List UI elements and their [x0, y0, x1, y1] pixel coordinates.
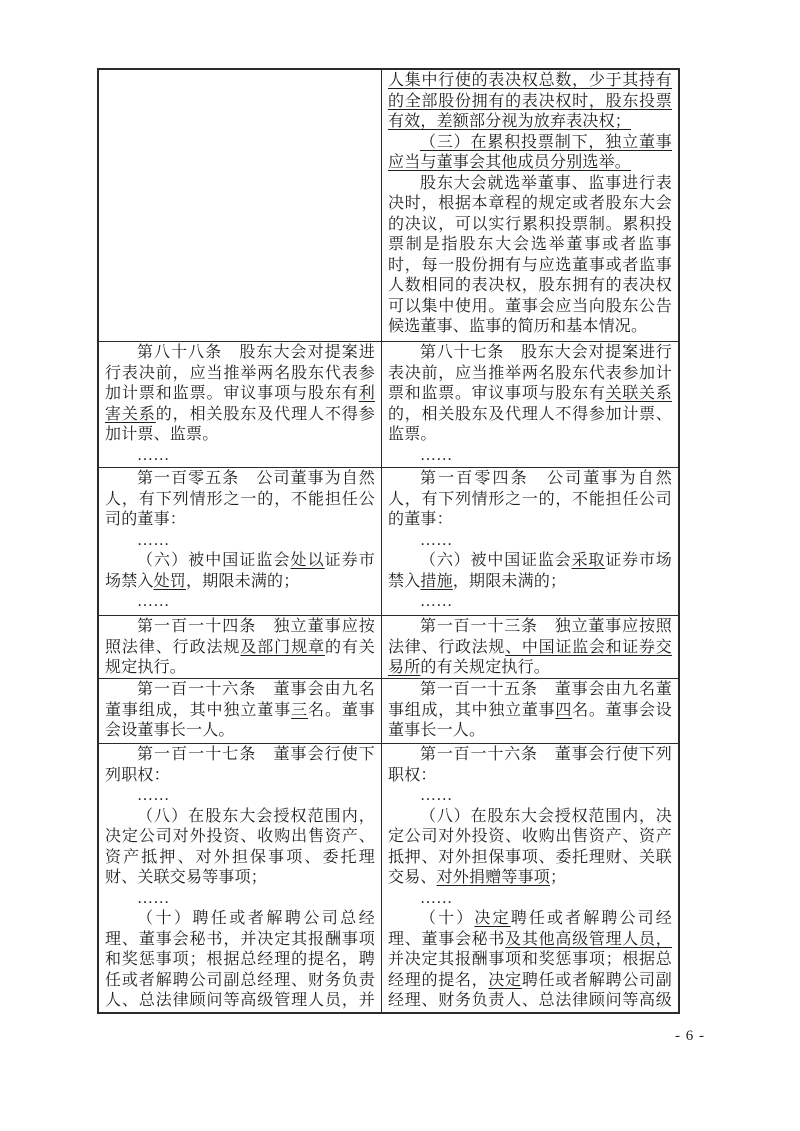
paragraph: …… — [105, 889, 375, 910]
old-version-cell — [99, 70, 382, 341]
old-version-cell: 第八十八条 股东大会对提案进行表决前，应当推举两名股东代表参加计票和监票。审议事… — [99, 342, 382, 467]
paragraph: 第一百零四条 公司董事为自然人，有下列情形之一的，不能担任公司的董事： — [388, 469, 672, 531]
underlined-amendment-text: 人集中行使的表决权总数，少于其持有的全部股份拥有的表决权时，股东投票有效，差额部… — [388, 72, 672, 130]
paragraph: …… — [105, 446, 375, 467]
paragraph: …… — [388, 446, 672, 467]
amended-version-cell: 人集中行使的表决权总数，少于其持有的全部股份拥有的表决权时，股东投票有效，差额部… — [382, 70, 678, 341]
paragraph: （八）在股东大会授权范围内，决定公司对外投资、收购出售资产、资产抵押、对外担保事… — [105, 807, 375, 889]
underlined-amendment-text: 及部门规章 — [240, 639, 325, 656]
paragraph: 第一百一十六条 董事会行使下列职权： — [388, 745, 672, 786]
underlined-amendment-text: 处以 — [291, 552, 325, 569]
paragraph: 第一百一十四条 独立董事应按照法律、行政法规及部门规章的有关规定执行。 — [105, 617, 375, 678]
comparison-table: 人集中行使的表决权总数，少于其持有的全部股份拥有的表决权时，股东投票有效，差额部… — [97, 68, 680, 1014]
paragraph: …… — [105, 531, 375, 552]
paragraph: 人集中行使的表决权总数，少于其持有的全部股份拥有的表决权时，股东投票有效，差额部… — [388, 71, 672, 133]
paragraph: （三）在累积投票制下，独立董事应当与董事会其他成员分别选举。 — [388, 133, 672, 174]
paragraph: 第一百零五条 公司董事为自然人，有下列情形之一的，不能担任公司的董事： — [105, 469, 375, 531]
paragraph: …… — [388, 531, 672, 552]
table-row: 第八十八条 股东大会对提案进行表决前，应当推举两名股东代表参加计票和监票。审议事… — [99, 341, 678, 467]
paragraph: 股东大会就选举董事、监事进行表决时，根据本章程的规定或者股东大会的决议，可以实行… — [388, 174, 672, 338]
paragraph: 第八十八条 股东大会对提案进行表决前，应当推举两名股东代表参加计票和监票。审议事… — [105, 343, 375, 446]
underlined-amendment-text: 对外捐赠等事项 — [437, 869, 550, 886]
paragraph: …… — [105, 592, 375, 613]
paragraph: 第一百一十六条 董事会由九名董事组成，其中独立董事三名。董事会设董事长一人。 — [105, 680, 375, 742]
paragraph: 第一百一十七条 董事会行使下列职权： — [105, 745, 375, 786]
underlined-amendment-text: （三）在累积投票制下，独立董事应当与董事会其他成员分别选举。 — [388, 134, 672, 172]
table-row: 人集中行使的表决权总数，少于其持有的全部股份拥有的表决权时，股东投票有效，差额部… — [99, 70, 678, 341]
old-version-cell: 第一百一十六条 董事会由九名董事组成，其中独立董事三名。董事会设董事长一人。 — [99, 679, 382, 743]
underlined-amendment-text: 采取 — [572, 552, 606, 569]
underlined-amendment-text: 决定 — [488, 972, 521, 989]
paragraph: （六）被中国证监会处以证券市场禁入处罚，期限未满的； — [105, 551, 375, 592]
underlined-amendment-text: 及其他高级管理人员， — [505, 931, 672, 948]
page-number: - 6 - — [655, 1028, 725, 1045]
paragraph: …… — [388, 786, 672, 807]
amended-version-cell: 第一百零四条 公司董事为自然人，有下列情形之一的，不能担任公司的董事：……（六）… — [382, 468, 678, 615]
paragraph: …… — [388, 889, 672, 910]
amended-version-cell: 第一百一十五条 董事会由九名董事组成，其中独立董事四名。董事会设董事长一人。 — [382, 679, 678, 743]
document-page: 人集中行使的表决权总数，少于其持有的全部股份拥有的表决权时，股东投票有效，差额部… — [0, 0, 800, 1131]
amended-version-cell: 第一百一十六条 董事会行使下列职权：……（八）在股东大会授权范围内，决定公司对外… — [382, 744, 678, 1012]
underlined-amendment-text: 决定 — [474, 910, 510, 927]
table-row: 第一百一十四条 独立董事应按照法律、行政法规及部门规章的有关规定执行。第一百一十… — [99, 615, 678, 678]
paragraph: 第八十七条 股东大会对提案进行表决前，应当推举两名股东代表参加计票和监票。审议事… — [388, 343, 672, 446]
underlined-amendment-text: 措施 — [420, 573, 452, 590]
paragraph: （八）在股东大会授权范围内，决定公司对外投资、收购出售资产、资产抵押、对外担保事… — [388, 807, 672, 889]
paragraph: …… — [388, 592, 672, 613]
underlined-amendment-text: 三 — [291, 702, 308, 719]
paragraph: 第一百一十五条 董事会由九名董事组成，其中独立董事四名。董事会设董事长一人。 — [388, 680, 672, 742]
underlined-amendment-text: 四 — [555, 702, 572, 719]
table-row: 第一百一十七条 董事会行使下列职权：……（八）在股东大会授权范围内，决定公司对外… — [99, 743, 678, 1012]
amended-version-cell: 第一百一十三条 独立董事应按照法律、行政法规、中国证监会和证券交易所的有关规定执… — [382, 616, 678, 678]
old-version-cell: 第一百一十七条 董事会行使下列职权：……（八）在股东大会授权范围内，决定公司对外… — [99, 744, 382, 1012]
underlined-amendment-text: 关联关系 — [606, 385, 672, 402]
old-version-cell: 第一百一十四条 独立董事应按照法律、行政法规及部门规章的有关规定执行。 — [99, 616, 382, 678]
old-version-cell: 第一百零五条 公司董事为自然人，有下列情形之一的，不能担任公司的董事：……（六）… — [99, 468, 382, 615]
table-row: 第一百一十六条 董事会由九名董事组成，其中独立董事三名。董事会设董事长一人。第一… — [99, 678, 678, 743]
amended-version-cell: 第八十七条 股东大会对提案进行表决前，应当推举两名股东代表参加计票和监票。审议事… — [382, 342, 678, 467]
paragraph: …… — [105, 786, 375, 807]
paragraph: 第一百一十三条 独立董事应按照法律、行政法规、中国证监会和证券交易所的有关规定执… — [388, 617, 672, 678]
paragraph: （六）被中国证监会采取证券市场禁入措施，期限未满的； — [388, 551, 672, 592]
underlined-amendment-text: 处罚 — [154, 573, 186, 590]
paragraph: （十）决定聘任或者解聘公司经理、董事会秘书及其他高级管理人员，并决定其报酬事项和… — [388, 909, 672, 1012]
paragraph: （十）聘任或者解聘公司总经理、董事会秘书，并决定其报酬事项和奖惩事项；根据总经理… — [105, 909, 375, 1012]
table-row: 第一百零五条 公司董事为自然人，有下列情形之一的，不能担任公司的董事：……（六）… — [99, 467, 678, 615]
